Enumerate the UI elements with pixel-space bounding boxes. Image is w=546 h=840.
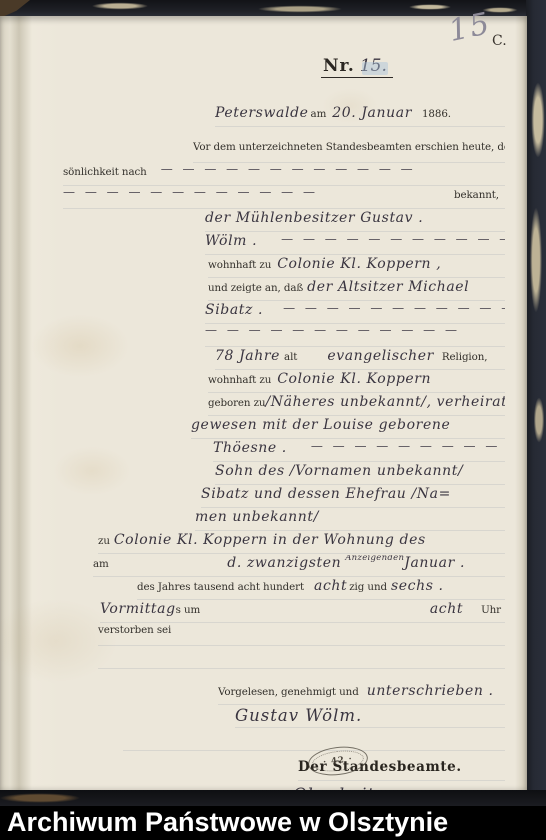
- printed-label: Religion,: [442, 351, 488, 363]
- dash-filler: — — — — — — — — — — — —: [281, 233, 505, 246]
- handwritten-entry: Thöesne .: [213, 440, 287, 456]
- form-line: Sibatz und dessen Ehefrau /Na=: [201, 486, 505, 508]
- dash-filler: — — — — — — — — — — — —: [283, 302, 505, 315]
- printed-label: bekannt,: [454, 189, 499, 201]
- printed-label: und zeigte an, daß: [208, 282, 303, 294]
- handwritten-entry: Januar .: [404, 555, 465, 571]
- printed-label: s um: [176, 604, 201, 616]
- handwritten-entry: 20. Januar: [332, 105, 412, 121]
- form-line: Vorgelesen, genehmigt undunterschrieben …: [218, 683, 505, 705]
- book-binding-right: [526, 0, 546, 792]
- form-line: — — — — — — — — — — — —bekannt,: [63, 187, 505, 209]
- handwritten-entry: Vormittag: [100, 601, 176, 617]
- printed-label: des Jahres tausend acht hundert: [137, 581, 304, 593]
- handwritten-entry: d. zwanzigsten: [227, 555, 341, 571]
- printed-label: alt: [284, 351, 297, 363]
- handwritten-signature: Gustav Wölm.: [235, 706, 362, 725]
- printed-label: Uhr: [481, 604, 501, 616]
- handwritten-entry: unterschrieben .: [367, 683, 494, 699]
- printed-label: sönlichkeit nach: [63, 166, 147, 178]
- dash-filler: — — — — — — — — — — — —: [311, 440, 505, 453]
- ink-smudge: [362, 62, 388, 75]
- form-line: sönlichkeit nach— — — — — — — — — — — —: [63, 164, 505, 186]
- form-line: [123, 729, 505, 751]
- form-line: [98, 647, 505, 669]
- handwritten-entry: Colonie Kl. Koppern: [277, 371, 431, 387]
- scanned-document-view: 15 C. Nr.15. Peterswaldeam20. Januar1886…: [0, 0, 546, 840]
- printed-label: geboren zu: [208, 397, 265, 409]
- handwritten-entry: Colonie Kl. Koppern ,: [277, 256, 441, 272]
- printed-label: zig und: [349, 581, 387, 593]
- book-binding-bottom: [0, 790, 546, 806]
- form-line: des Jahres tausend acht hundertachtzig u…: [137, 578, 505, 600]
- form-line: gewesen mit der Louise geborene: [191, 417, 505, 439]
- printed-label: Vor dem unterzeichneten Standesbeamten e…: [193, 141, 505, 153]
- handwritten-entry: evangelischer: [327, 348, 434, 364]
- form-line: 78 JahrealtevangelischerReligion,: [215, 348, 505, 370]
- printed-label: Vorgelesen, genehmigt und: [218, 686, 359, 698]
- form-line: men unbekannt/: [195, 509, 505, 531]
- form-line: Vormittags umachtUhr: [100, 601, 505, 623]
- archive-caption-text: Archiwum Państwowe w Olsztynie: [0, 806, 546, 839]
- handwritten-entry: men unbekannt/: [195, 509, 319, 525]
- handwritten-entry: Peterswalde: [215, 105, 309, 121]
- printed-label: verstorben sei: [98, 624, 171, 636]
- form-line: geboren zu/Näheres unbekannt/, verheirat…: [208, 394, 505, 416]
- printed-label: zu: [98, 535, 110, 547]
- record-number-label: Nr.: [323, 56, 355, 76]
- handwritten-entry: /Näheres unbekannt/, verheirathet: [265, 394, 505, 410]
- printed-label: wohnhaft zu: [208, 259, 271, 271]
- handwritten-entry: Sibatz .: [205, 302, 263, 318]
- form-line: und zeigte an, daßder Altsitzer Michael: [208, 279, 505, 301]
- dash-filler: — — — — — — — — — — — —: [63, 187, 446, 199]
- dash-filler: — — — — — — — — — — — —: [205, 325, 505, 337]
- handwritten-entry: acht: [430, 601, 463, 617]
- printed-label: 1886.: [422, 108, 451, 120]
- printed-label: wohnhaft zu: [208, 374, 271, 386]
- printed-label: am: [311, 108, 327, 120]
- dash-filler: — — — — — — — — — — — —: [161, 164, 505, 176]
- form-line: Sohn des /Vornamen unbekannt/: [215, 463, 505, 485]
- handwritten-entry: sechs .: [391, 578, 444, 594]
- form-line: Vor dem unterzeichneten Standesbeamten e…: [193, 141, 505, 163]
- handwritten-entry: der Altsitzer Michael: [307, 279, 469, 295]
- form-line: Gustav Wölm.: [235, 706, 505, 728]
- form-line: zuColonie Kl. Koppern in der Wohnung des: [98, 532, 505, 554]
- form-line: amd. zwanzigstenAnzeigendenJanuar .: [93, 555, 505, 577]
- form-line: der Mühlenbesitzer Gustav .: [205, 210, 505, 232]
- form-line: Sibatz .— — — — — — — — — — — —: [205, 302, 505, 324]
- handwritten-entry: Sibatz und dessen Ehefrau /Na=: [201, 486, 451, 502]
- form-line: Peterswaldeam20. Januar1886.: [215, 105, 505, 127]
- corner-letter: C.: [492, 33, 507, 49]
- form-line: wohnhaft zuColonie Kl. Koppern ,: [208, 256, 505, 278]
- form-line: wohnhaft zuColonie Kl. Koppern: [208, 371, 505, 393]
- archive-caption-bar: Archiwum Państwowe w Olsztynie: [0, 806, 546, 840]
- handwritten-entry: acht: [314, 578, 347, 594]
- form-line: — — — — — — — — — — — —: [205, 325, 505, 347]
- handwritten-entry: gewesen mit der Louise geborene: [191, 417, 450, 433]
- form-lines: Peterswaldeam20. Januar1886.Vor dem unte…: [63, 104, 505, 833]
- form-line: Thöesne .— — — — — — — — — — — —: [213, 440, 505, 462]
- inserted-note: Anzeigenden: [345, 555, 404, 563]
- handwritten-entry: 78 Jahre: [215, 348, 280, 364]
- handwritten-entry: Wölm .: [205, 233, 257, 249]
- form-line: verstorben sei: [98, 624, 505, 646]
- printed-label: am: [93, 558, 109, 570]
- form-line: Wölm .— — — — — — — — — — — —: [205, 233, 505, 255]
- handwritten-entry: Sohn des /Vornamen unbekannt/: [215, 463, 463, 479]
- handwritten-entry: Colonie Kl. Koppern in der Wohnung des: [114, 532, 426, 548]
- handwritten-entry: der Mühlenbesitzer Gustav .: [205, 210, 423, 226]
